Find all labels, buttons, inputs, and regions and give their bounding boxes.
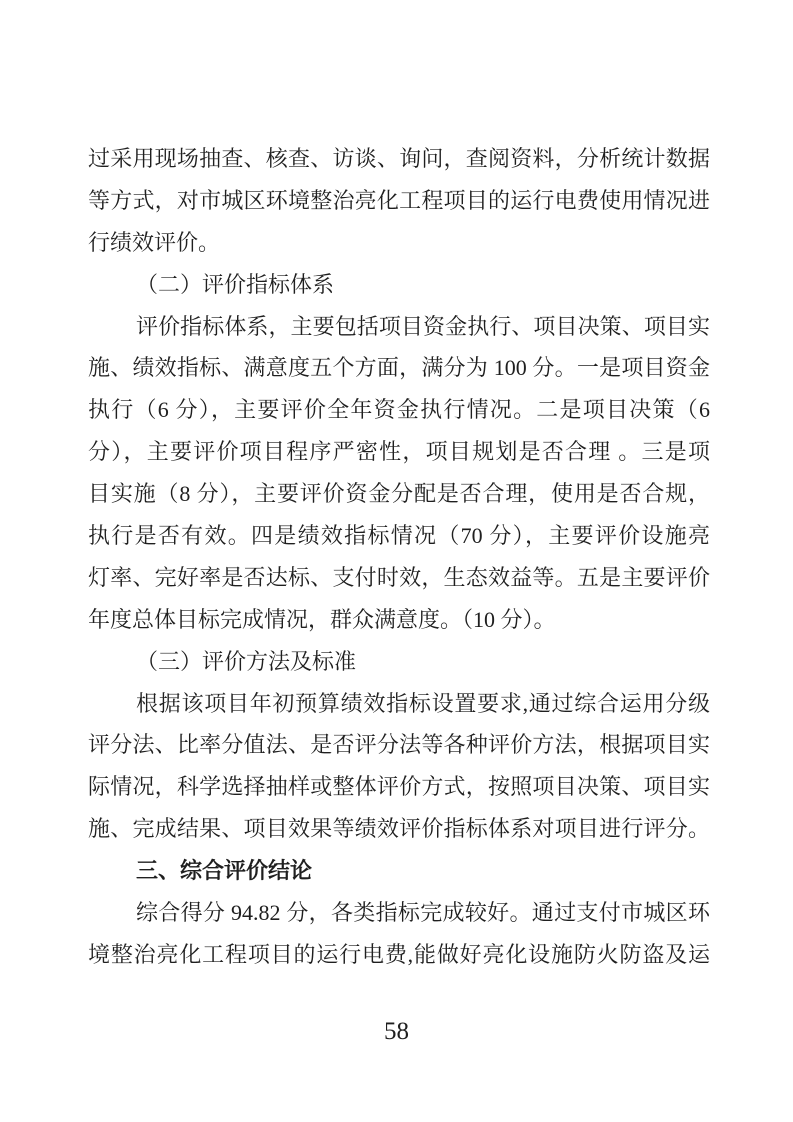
body-text-line: 执行是否有效。四是绩效指标情况（70 分），主要评价设施亮 [88, 515, 710, 557]
body-text-line: 目实施（8 分），主要评价资金分配是否合理，使用是否合规， [88, 473, 710, 515]
subsection-heading-3: （三）评价方法及标准 [88, 641, 710, 683]
page-footer: 58 [0, 1014, 793, 1050]
document-page: 过采用现场抽查、核查、访谈、询问，查阅资料，分析统计数据 等方式，对市城区环境整… [0, 0, 793, 1122]
body-text-line: 执行（6 分），主要评价全年资金执行情况。二是项目决策（6 [88, 389, 710, 431]
body-text-line: 境整治亮化工程项目的运行电费,能做好亮化设施防火防盗及运 [88, 934, 710, 976]
body-text-line: 综合得分 94.82 分，各类指标完成较好。通过支付市城区环 [88, 892, 710, 934]
page-number: 58 [384, 1018, 409, 1045]
body-text-line: 等方式，对市城区环境整治亮化工程项目的运行电费使用情况进 [88, 180, 710, 222]
body-text-line: 施、完成结果、项目效果等绩效评价指标体系对项目进行评分。 [88, 808, 710, 850]
page-body: 过采用现场抽查、核查、访谈、询问，查阅资料，分析统计数据 等方式，对市城区环境整… [88, 138, 710, 976]
body-text-line: 过采用现场抽查、核查、访谈、询问，查阅资料，分析统计数据 [88, 138, 710, 180]
body-text-line: 评价指标体系，主要包括项目资金执行、项目决策、项目实 [88, 306, 710, 348]
body-text-line: 分），主要评价项目程序严密性，项目规划是否合理 。三是项 [88, 431, 710, 473]
section-heading-conclusion: 三、综合评价结论 [88, 850, 710, 892]
body-text-line: 行绩效评价。 [88, 222, 710, 264]
body-text-line: 评分法、比率分值法、是否评分法等各种评价方法，根据项目实 [88, 724, 710, 766]
body-text-line: 年度总体目标完成情况，群众满意度。（10 分）。 [88, 599, 710, 641]
body-text-line: 灯率、完好率是否达标、支付时效，生态效益等。五是主要评价 [88, 557, 710, 599]
body-text-line: 根据该项目年初预算绩效指标设置要求,通过综合运用分级 [88, 683, 710, 725]
body-text-line: 施、绩效指标、满意度五个方面，满分为 100 分。一是项目资金 [88, 347, 710, 389]
subsection-heading-2: （二）评价指标体系 [88, 264, 710, 306]
body-text-line: 际情况，科学选择抽样或整体评价方式，按照项目决策、项目实 [88, 766, 710, 808]
